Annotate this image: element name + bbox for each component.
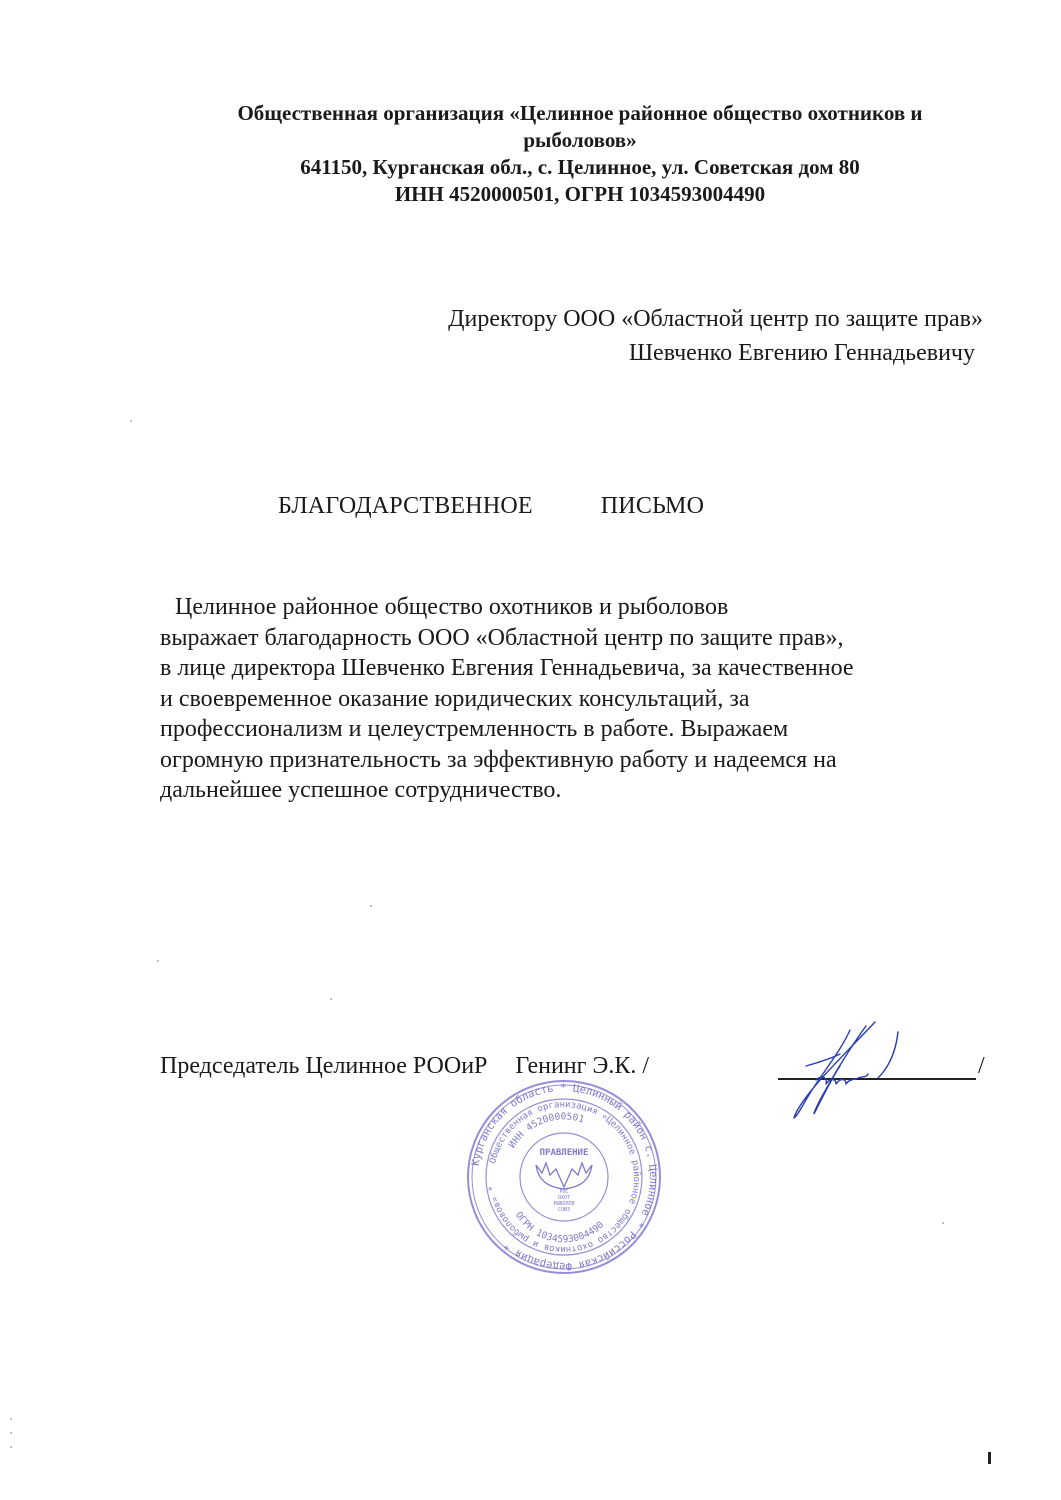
signature-open-slash: / [642, 1053, 649, 1079]
body-line: и своевременное оказание юридических кон… [160, 684, 1020, 715]
title-word1: БЛАГОДАРСТВЕННОЕ [278, 493, 533, 519]
scan-speck [10, 1446, 12, 1448]
body-line: выражает благодарность ООО «Областной це… [160, 623, 1020, 654]
scan-speck [157, 960, 159, 962]
body-line: в лице директора Шевченко Евгения Геннад… [160, 653, 1020, 684]
org-name-line2: рыболовов» [150, 127, 1010, 154]
addressee: Директору ООО «Областной центр по защите… [448, 302, 983, 370]
scan-speck [10, 1418, 12, 1420]
signatory-name: Генинг Э.К. [515, 1053, 636, 1079]
letter-body: Целинное районное общество охотников и р… [160, 592, 1020, 806]
body-line: Целинное районное общество охотников и р… [160, 592, 1020, 623]
addressee-line1: Директору ООО «Областной центр по защите… [448, 302, 983, 336]
handwritten-signature [780, 1018, 910, 1128]
body-line: профессионализм и целеустремленность в р… [160, 714, 1020, 745]
scan-speck [330, 998, 332, 1000]
document-title: БЛАГОДАРСТВЕННОЕПИСЬМО [278, 493, 704, 520]
scan-speck [130, 420, 132, 422]
org-name-line1: Общественная организация «Целинное район… [150, 100, 1010, 127]
addressee-line2: Шевченко Евгению Геннадьевичу [448, 336, 975, 370]
scan-speck [10, 1432, 12, 1434]
page-number-mark [988, 1452, 991, 1464]
svg-text:СОЮЗ: СОЮЗ [558, 1207, 570, 1213]
scan-speck [942, 1222, 944, 1224]
signature-line: Председатель Целинное РООиРГенинг Э.К. / [160, 1053, 649, 1080]
svg-text:Общественная организация «Цели: Общественная организация «Целинное район… [488, 1100, 642, 1254]
body-line: дальнейшее успешное сотрудничество. [160, 775, 1020, 806]
letterhead: Общественная организация «Целинное район… [150, 100, 1010, 208]
body-line: огромную признательность за эффективную … [160, 745, 1020, 776]
signatory-position: Председатель Целинное РООиР [160, 1053, 487, 1079]
signature-close-slash: / [978, 1053, 985, 1080]
title-word2: ПИСЬМО [601, 493, 704, 519]
round-seal-stamp: Курганская область * Целинный район с. Ц… [464, 1077, 664, 1277]
org-address: 641150, Курганская обл., с. Целинное, ул… [150, 154, 1010, 181]
svg-text:ПРАВЛЕНИЕ: ПРАВЛЕНИЕ [540, 1148, 589, 1158]
org-ids: ИНН 4520000501, ОГРН 1034593004490 [150, 181, 1010, 208]
scan-speck [370, 905, 372, 907]
